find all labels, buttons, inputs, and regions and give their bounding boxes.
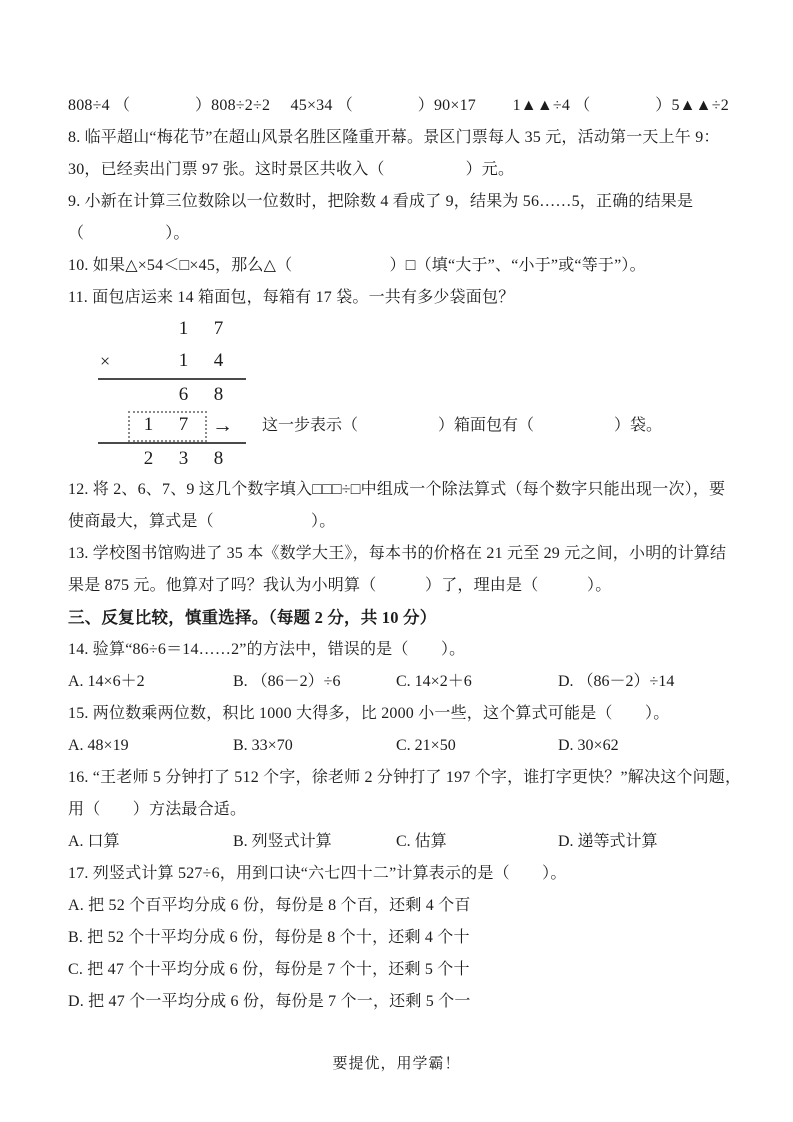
mult-row-partial-product-2: 17 → bbox=[98, 410, 246, 442]
exam-page: 808÷4 （ ）808÷2÷2 45×34 （ ）90×17 1▲▲÷4 （ … bbox=[0, 0, 793, 1122]
question-14-option-b: B. （86－2）÷6 bbox=[233, 666, 396, 698]
digit-cell: 6 bbox=[166, 380, 201, 410]
footer-slogan: 要提优，用学霸！ bbox=[0, 1052, 793, 1073]
question-16-option-a: A. 口算 bbox=[68, 826, 233, 858]
question-17-stem: 17. 列竖式计算 527÷6，用到口诀“六七四十二”计算表示的是（ ）。 bbox=[68, 858, 735, 890]
question-8-line-2: 30，已经卖出门票 97 张。这时景区共收入（ ）元。 bbox=[68, 154, 735, 186]
question-16-option-b: B. 列竖式计算 bbox=[233, 826, 396, 858]
question-12-line-2: 使商最大，算式是（ ）。 bbox=[68, 506, 735, 538]
question-15-options: A. 48×19 B. 33×70 C. 21×50 D. 30×62 bbox=[68, 730, 735, 762]
question-9-line-2: （ ）。 bbox=[68, 218, 735, 250]
fill-blank-comparison-row: 808÷4 （ ）808÷2÷2 45×34 （ ）90×17 1▲▲÷4 （ … bbox=[68, 90, 735, 122]
question-16-option-c: C. 估算 bbox=[396, 826, 558, 858]
mult-row-multiplicand: 17 bbox=[98, 314, 246, 346]
digit-cell: 4 bbox=[201, 346, 236, 376]
question-15-option-b: B. 33×70 bbox=[233, 730, 396, 762]
question-16-options: A. 口算 B. 列竖式计算 C. 估算 D. 递等式计算 bbox=[68, 826, 735, 858]
question-16-line-2: 用（ ）方法最合适。 bbox=[68, 794, 735, 826]
question-9-line-1: 9. 小新在计算三位数除以一位数时，把除数 4 看成了 9，结果为 56……5，… bbox=[68, 186, 735, 218]
multiplication-figure: 17 × 14 68 17 → 238 这一步表示（ ）箱面包有（ ）袋。 bbox=[68, 314, 735, 474]
question-15-stem: 15. 两位数乘两位数，积比 1000 大得多，比 2000 小一些，这个算式可… bbox=[68, 698, 735, 730]
question-17-option-d: D. 把 47 个一平均分成 6 份，每份是 7 个一，还剩 5 个一 bbox=[68, 986, 735, 1018]
question-16-line-1: 16. “王老师 5 分钟打了 512 个字，徐老师 2 分钟打了 197 个字… bbox=[68, 762, 735, 794]
question-14-options: A. 14×6＋2 B. （86－2）÷6 C. 14×2＋6 D. （86－2… bbox=[68, 666, 735, 698]
question-13-line-2: 果是 875 元。他算对了吗？我认为小明算（ ）了，理由是（ ）。 bbox=[68, 570, 735, 602]
question-14-option-d: D. （86－2）÷14 bbox=[558, 666, 735, 698]
question-14-option-c: C. 14×2＋6 bbox=[396, 666, 558, 698]
question-15-option-d: D. 30×62 bbox=[558, 730, 735, 762]
digit-cell: 8 bbox=[201, 380, 236, 410]
digit-cell: 1 bbox=[166, 314, 201, 344]
digit-cell: 8 bbox=[201, 444, 236, 474]
digit-cell: 3 bbox=[166, 444, 201, 474]
question-10: 10. 如果△×54＜□×45，那么△（ ）□（填“大于”、“小于”或“等于”）… bbox=[68, 250, 735, 282]
mult-row-partial-product-1: 68 bbox=[98, 378, 246, 410]
multiply-sign: × bbox=[100, 346, 110, 376]
mult-row-result: 238 bbox=[98, 442, 246, 474]
question-17-option-b: B. 把 52 个十平均分成 6 份，每份是 8 个十，还剩 4 个十 bbox=[68, 922, 735, 954]
multiplication-vertical-form: 17 × 14 68 17 → 238 bbox=[98, 314, 246, 474]
question-8-line-1: 8. 临平超山“梅花节”在超山风景名胜区隆重开幕。景区门票每人 35 元，活动第… bbox=[68, 122, 735, 154]
question-14-option-a: A. 14×6＋2 bbox=[68, 666, 233, 698]
mult-step-annotation: 这一步表示（ ）箱面包有（ ）袋。 bbox=[262, 410, 662, 442]
section-3-header: 三、反复比较，慎重选择。（每题 2 分，共 10 分） bbox=[68, 602, 735, 634]
question-15-option-c: C. 21×50 bbox=[396, 730, 558, 762]
question-13-line-1: 13. 学校图书馆购进了 35 本《数学大王》，每本书的价格在 21 元至 29… bbox=[68, 538, 735, 570]
right-arrow-icon: → bbox=[212, 410, 231, 440]
question-14-stem: 14. 验算“86÷6＝14……2”的方法中，错误的是（ ）。 bbox=[68, 634, 735, 666]
question-12-line-1: 12. 将 2、6、7、9 这几个数字填入□□□÷□中组成一个除法算式（每个数字… bbox=[68, 474, 735, 506]
question-11: 11. 面包店运来 14 箱面包，每箱有 17 袋。一共有多少袋面包？ bbox=[68, 282, 735, 314]
mult-row-multiplier: × 14 bbox=[98, 346, 246, 378]
question-16-option-d: D. 递等式计算 bbox=[558, 826, 735, 858]
question-15-option-a: A. 48×19 bbox=[68, 730, 233, 762]
digit-cell: 7 bbox=[201, 314, 236, 344]
question-17-option-a: A. 把 52 个百平均分成 6 份，每份是 8 个百，还剩 4 个百 bbox=[68, 890, 735, 922]
question-17-option-c: C. 把 47 个十平均分成 6 份，每份是 7 个十，还剩 5 个十 bbox=[68, 954, 735, 986]
digit-cell: 1 bbox=[166, 346, 201, 376]
partial-product-dotted-box bbox=[128, 411, 207, 442]
digit-cell: 2 bbox=[131, 444, 166, 474]
